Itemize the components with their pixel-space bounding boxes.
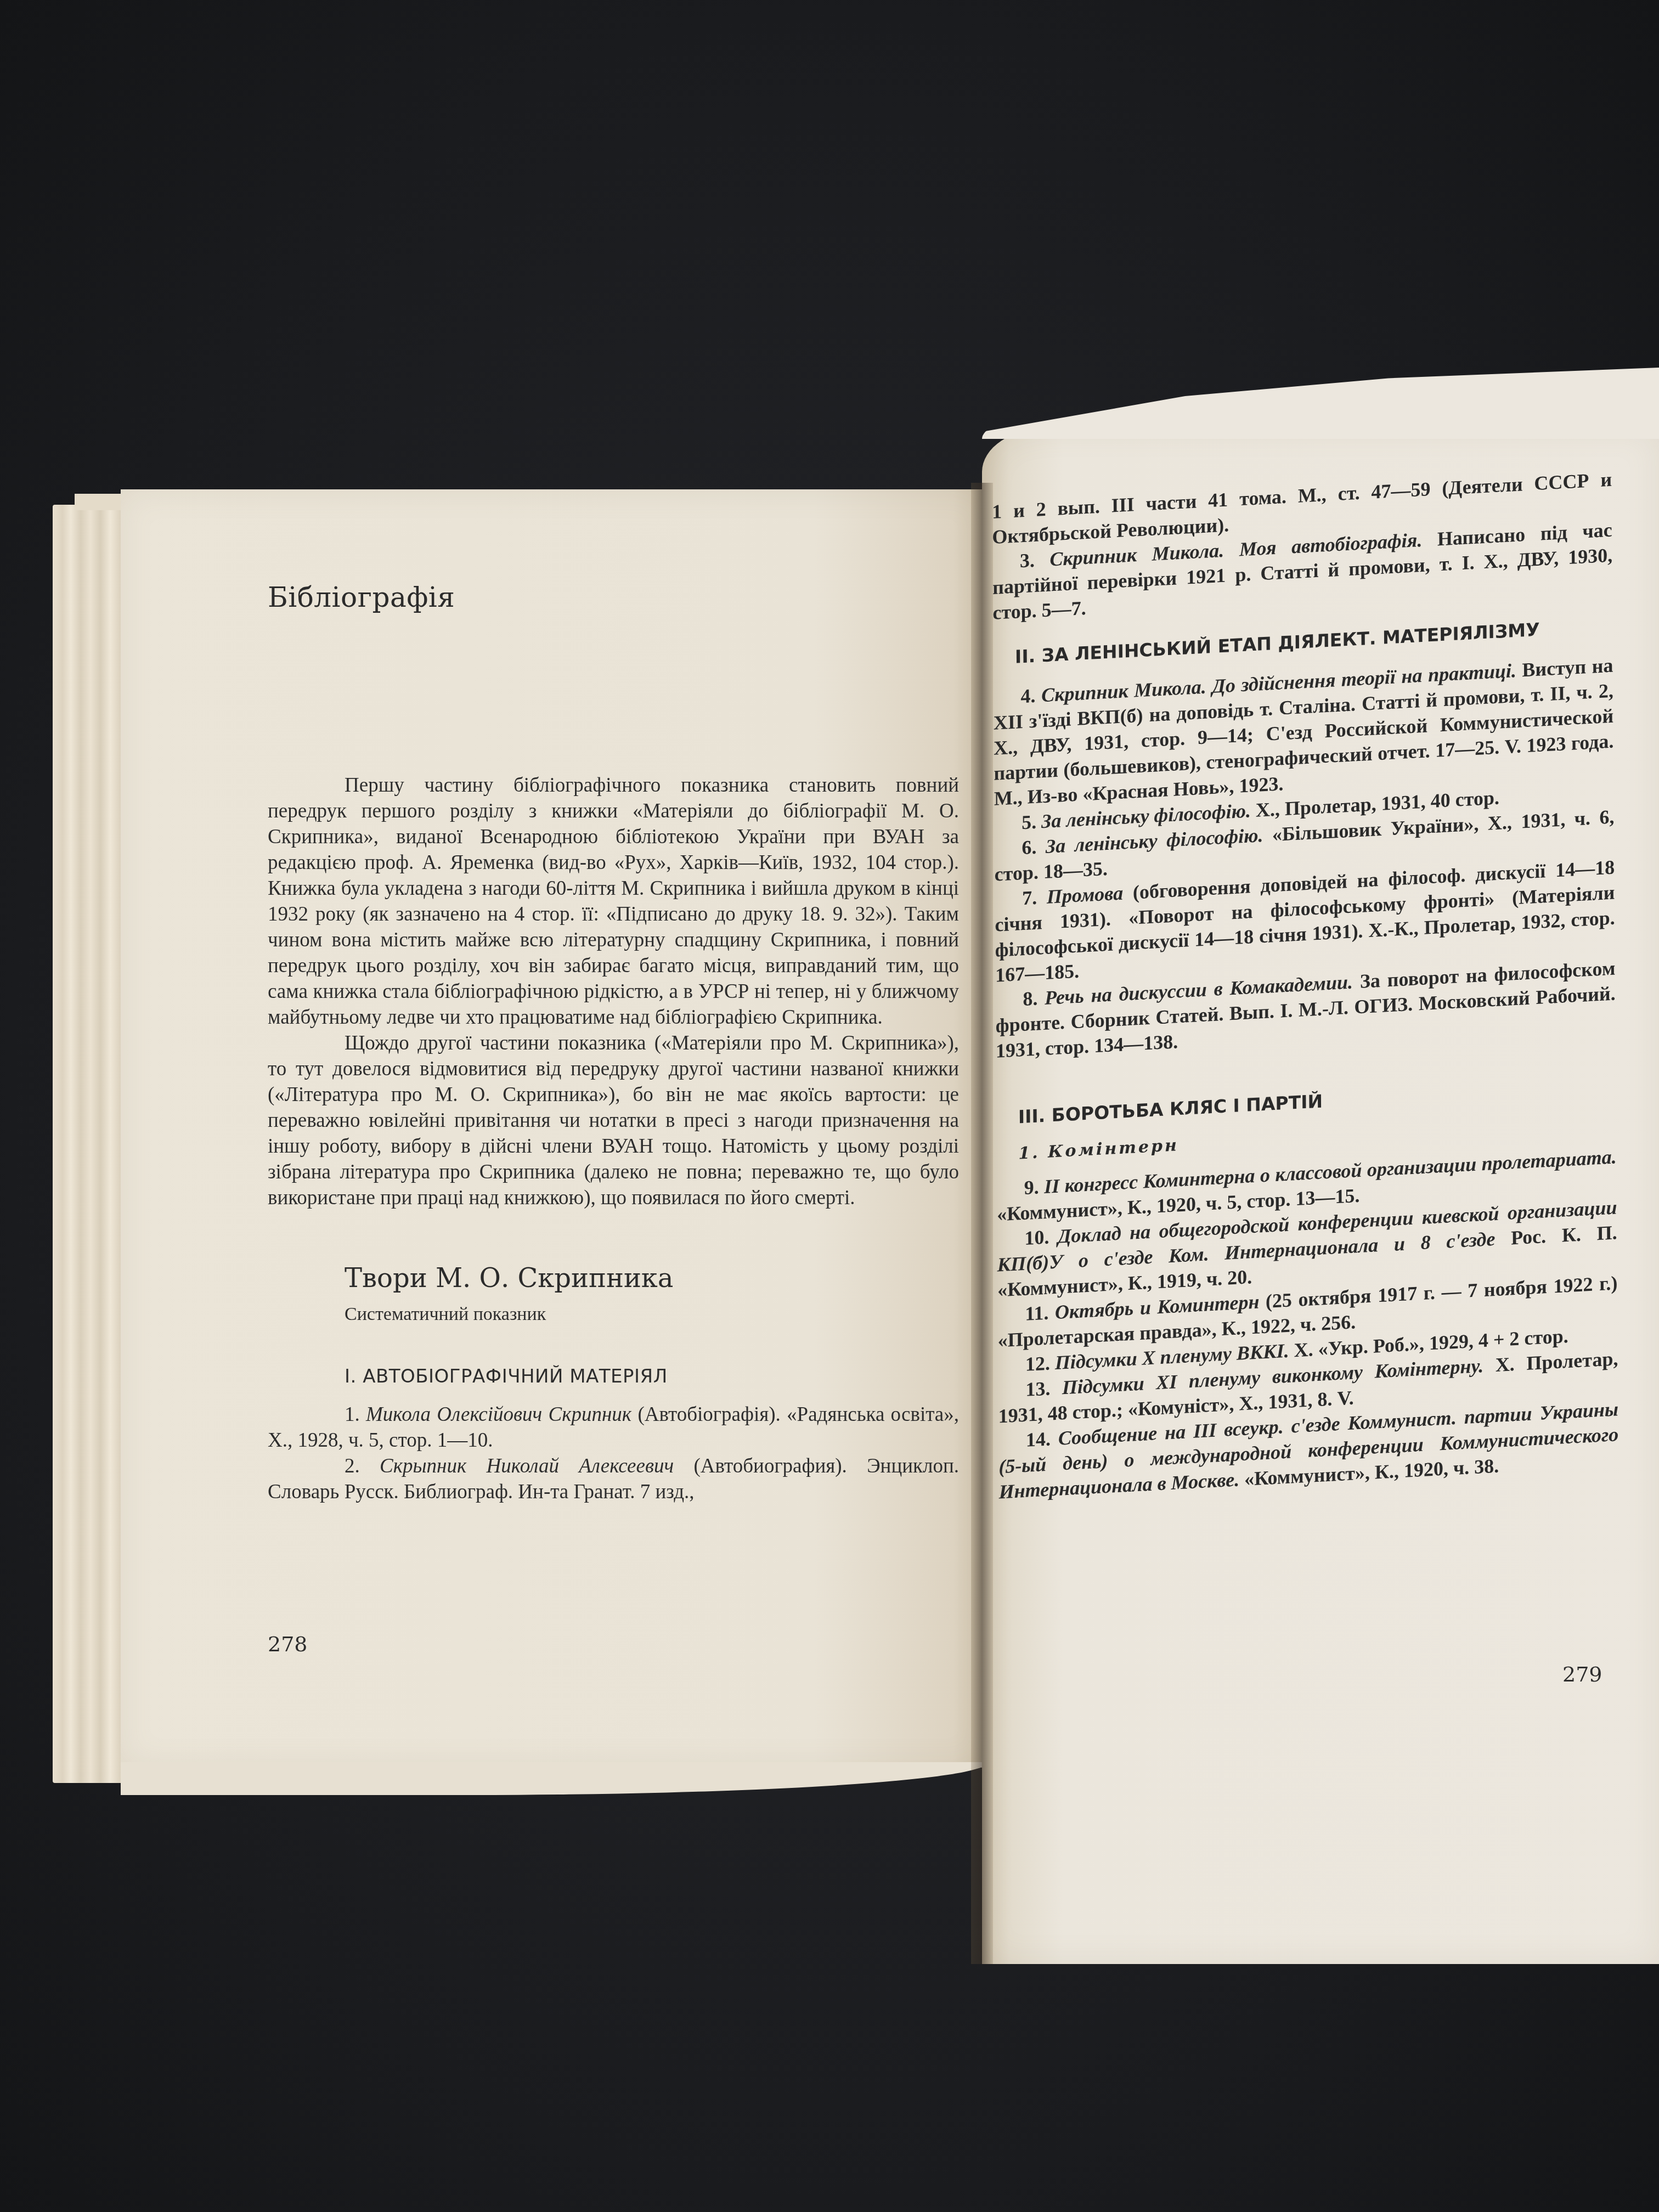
works-subheading: Систематичний показник [345, 1301, 959, 1327]
right-page-content: 1 и 2 вып. III части 41 тома. М., ст. 47… [992, 467, 1619, 1505]
entry-number: 7. [1022, 887, 1037, 909]
page-number-left: 278 [268, 1632, 308, 1656]
bibliography-entries: 1. Микола Олексійович Скрипник (Автобіог… [268, 1402, 959, 1505]
entry-number: 10. [1024, 1226, 1049, 1249]
entry-number: 6. [1022, 836, 1036, 859]
entry-title: Скрыпник Николай Алексеевич [380, 1455, 674, 1477]
intro-text: Першу частину бібліографічного показника… [268, 772, 959, 1211]
entry-number: 3. [1020, 549, 1035, 572]
entry-number: 1. [345, 1403, 360, 1426]
entry-number: 14. [1026, 1427, 1051, 1451]
entry-number: 12. [1025, 1352, 1050, 1375]
entry-number: 2. [345, 1455, 360, 1477]
page-number-right: 279 [1562, 1662, 1602, 1686]
bibliography-entry: 1. Микола Олексійович Скрипник (Автобіог… [268, 1402, 959, 1453]
works-heading: Твори М. О. Скрипника [345, 1263, 959, 1294]
entry-title: Микола Олексійович Скрипник [366, 1403, 631, 1426]
entry-number: 13. [1025, 1377, 1050, 1400]
bibliography-entry: 2. Скрыпник Николай Алексеевич (Автобиог… [268, 1453, 959, 1505]
entry-title: Промова [1047, 882, 1123, 907]
entry-number: 5. [1022, 811, 1036, 833]
left-page-content: Бібліографія Першу частину бібліографічн… [268, 582, 959, 1505]
section-heading-1: I. АВТОБІОГРАФІЧНИЙ МАТЕРІЯЛ [345, 1365, 959, 1387]
intro-paragraph: Першу частину бібліографічного показника… [268, 772, 959, 1030]
entry-number: 9. [1024, 1176, 1039, 1199]
running-title: Бібліографія [268, 582, 959, 613]
entry-number: 4. [1020, 685, 1035, 707]
entry-number: 11. [1025, 1302, 1048, 1325]
intro-paragraph: Щождо другої частини показника («Матерія… [268, 1030, 959, 1211]
book-gutter [971, 483, 993, 1964]
entry-number: 8. [1023, 988, 1037, 1010]
